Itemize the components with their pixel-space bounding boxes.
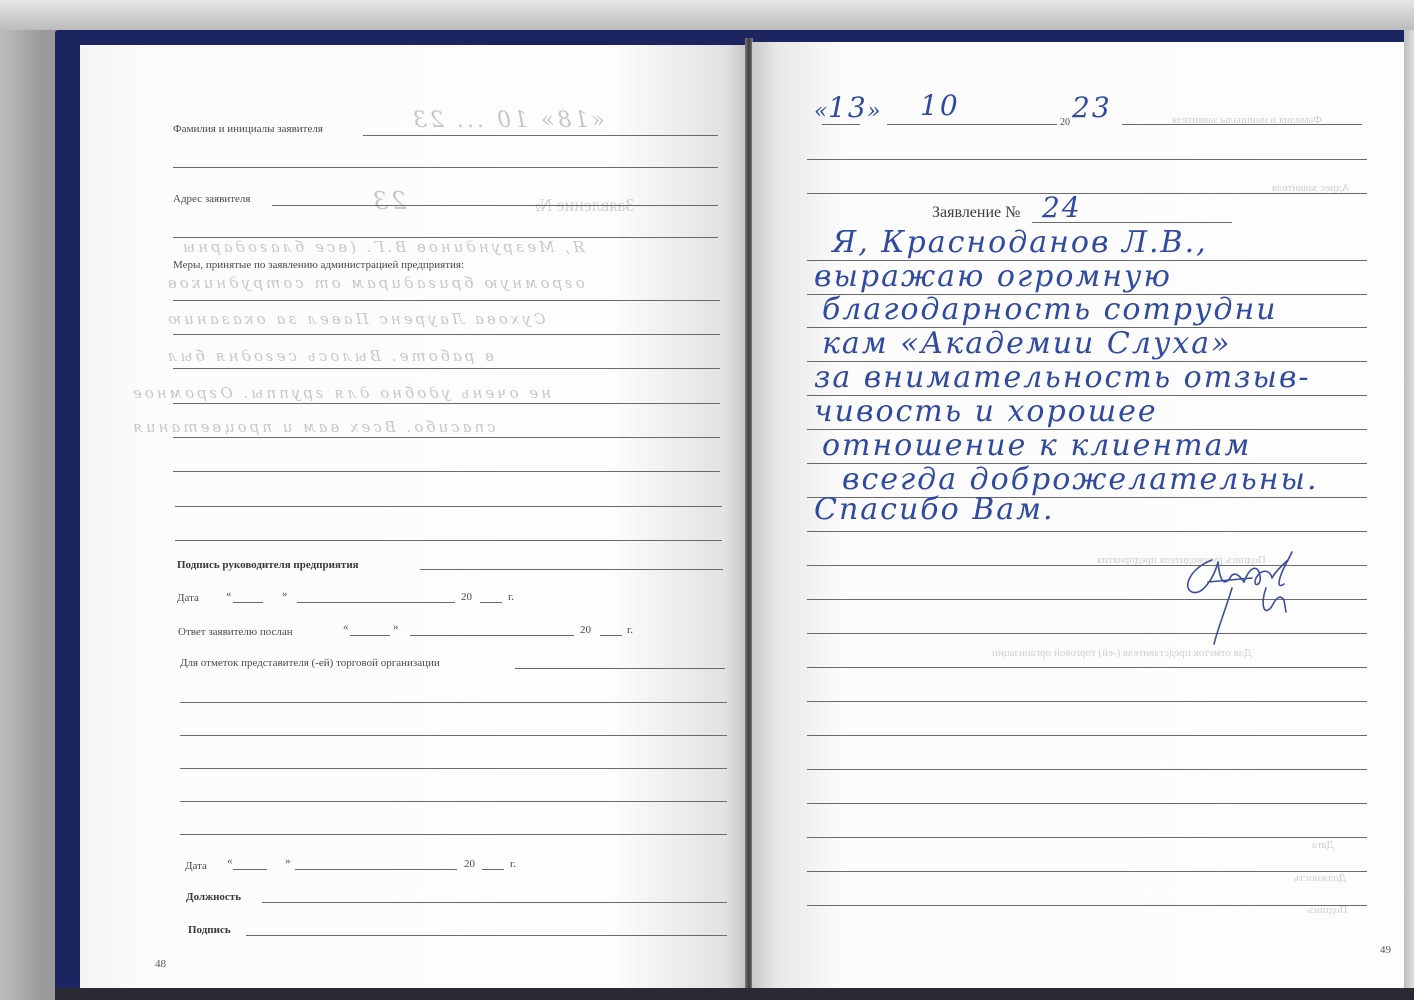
date-open-quote: «: [226, 588, 232, 601]
date2-day-line[interactable]: [233, 869, 267, 870]
handwritten-line-7[interactable]: отношение к клиентам: [822, 430, 1251, 462]
date-close-quote: »: [867, 96, 881, 128]
ruled-line: [807, 803, 1367, 804]
right-page: Фамилия и инициалы заявителя Адрес заяви…: [752, 42, 1404, 992]
ruled-line: [807, 905, 1367, 906]
measures-line-5[interactable]: [173, 437, 720, 438]
trade-rep-notes-label: Для отметок представителя (-ей) торговой…: [180, 657, 440, 670]
bleed-number: 23: [370, 185, 407, 217]
reply-year-suffix: г.: [627, 624, 633, 637]
manager-signature-line[interactable]: [420, 569, 723, 570]
ruled-line: [807, 159, 1367, 160]
date-month-line[interactable]: [297, 602, 455, 603]
page-edge-right: [1404, 30, 1414, 1000]
date-year-suffix: г.: [508, 591, 514, 604]
applicant-name-line-2[interactable]: [173, 167, 718, 168]
ruled-line: [807, 837, 1367, 838]
date-day-line[interactable]: [233, 602, 263, 603]
left-page: Заявление № «18» 10 ... 23 23 Я, Мезрунд…: [80, 45, 745, 990]
ruled-line: [807, 531, 1367, 532]
applicant-address-line[interactable]: [272, 205, 718, 206]
date2-year-prefix: 20: [464, 858, 475, 871]
date-tail-line: [1122, 124, 1362, 125]
date-month-line: [887, 124, 1057, 125]
trade-rep-notes-line-4[interactable]: [180, 801, 727, 802]
applicant-name-label: Фамилия и инициалы заявителя: [173, 123, 323, 136]
date-close-quote: »: [282, 588, 288, 601]
date-day-line: [822, 124, 860, 125]
date-month-handwritten[interactable]: 10: [920, 90, 960, 122]
handwritten-line-1[interactable]: Я, Красноданов Л.В.,: [832, 227, 1208, 259]
position-label: Должность: [186, 891, 241, 904]
ruled-line: [807, 667, 1367, 668]
handwritten-line-2[interactable]: выражаю огромную: [814, 261, 1172, 293]
trade-rep-notes-line-5[interactable]: [180, 834, 727, 835]
measures-line-2[interactable]: [173, 334, 720, 335]
ruled-line: [807, 193, 1367, 194]
reply-day-line[interactable]: [350, 635, 390, 636]
bleed-date: «18» 10 ... 23: [410, 105, 605, 137]
scanner-lid-edge: [0, 0, 1414, 30]
date2-month-line[interactable]: [295, 869, 457, 870]
measures-line-8[interactable]: [175, 540, 722, 541]
ruled-line: [807, 871, 1367, 872]
reply-month-line[interactable]: [410, 635, 574, 636]
book-bottom-edge: [55, 988, 1414, 1000]
trade-rep-notes-line-1[interactable]: [180, 702, 727, 703]
bleed-line-6: спасибо. Всех вам и процветания: [130, 411, 496, 443]
ruled-line: [807, 701, 1367, 702]
page-number-left: 48: [155, 958, 166, 970]
measures-label: Меры, принятые по заявлению администраци…: [173, 259, 464, 272]
trade-rep-notes-line-3[interactable]: [180, 768, 727, 769]
handwritten-line-5[interactable]: за внимательность отзыв-: [814, 362, 1311, 394]
date2-year-line[interactable]: [482, 869, 504, 870]
date-label: Дата: [177, 592, 199, 605]
bleed-line-3: Сухова Лауренс Павел за оказанию: [165, 303, 545, 335]
bleed-line-5: не очень удобно для группы. Огромное: [130, 377, 551, 409]
date-year-prefix: 20: [461, 591, 472, 604]
reply-year-prefix: 20: [580, 624, 591, 637]
date-year-prefix: 20: [1060, 116, 1070, 129]
measures-line-1[interactable]: [173, 300, 720, 301]
handwritten-line-4[interactable]: кам «Академии Слуха»: [822, 328, 1232, 360]
date2-close-quote: »: [285, 855, 291, 868]
reply-sent-label: Ответ заявителю послан: [178, 626, 293, 639]
position-line[interactable]: [262, 902, 727, 903]
date-day-handwritten[interactable]: 13: [828, 92, 868, 124]
date2-label: Дата: [185, 860, 207, 873]
page-number-right: 49: [1380, 944, 1391, 956]
ruled-line: [807, 735, 1367, 736]
statement-number-handwritten[interactable]: 24: [1042, 192, 1082, 224]
handwritten-line-9[interactable]: Спасибо Вам.: [814, 494, 1055, 526]
applicant-address-label: Адрес заявителя: [173, 193, 250, 206]
manager-signature-label: Подпись руководителя предприятия: [177, 559, 359, 572]
measures-line-3[interactable]: [173, 368, 720, 369]
ghost-label-date: Дата: [1312, 839, 1334, 851]
signature-label: Подпись: [188, 924, 231, 937]
ghost-label-notes: Для отметок представителя (-ей) торговой…: [992, 647, 1252, 659]
reply-close-quote: »: [393, 621, 399, 634]
reply-open-quote: «: [343, 621, 349, 634]
date2-year-suffix: г.: [510, 858, 516, 871]
date2-open-quote: «: [227, 855, 233, 868]
trade-rep-notes-line-2[interactable]: [180, 735, 727, 736]
statement-title: Заявление №: [932, 204, 1020, 222]
trade-rep-notes-line-0[interactable]: [515, 668, 725, 669]
measures-line-6[interactable]: [173, 471, 720, 472]
handwritten-line-3[interactable]: благодарность сотрудни: [822, 294, 1278, 326]
statement-number-line: [1032, 222, 1232, 223]
measures-line-4[interactable]: [173, 403, 720, 404]
measures-line-7[interactable]: [175, 506, 722, 507]
ruled-line: [807, 769, 1367, 770]
handwritten-line-6[interactable]: чивость и хорошее: [814, 396, 1158, 428]
signature-line[interactable]: [246, 935, 727, 936]
ghost-label-position: Должность: [1294, 872, 1346, 884]
date-year-line[interactable]: [480, 602, 502, 603]
signature-scribble-icon: [1180, 548, 1340, 648]
date-year-handwritten[interactable]: 23: [1072, 92, 1112, 124]
reply-year-line[interactable]: [600, 635, 622, 636]
applicant-address-line-2[interactable]: [173, 237, 718, 238]
applicant-name-line[interactable]: [363, 135, 718, 136]
